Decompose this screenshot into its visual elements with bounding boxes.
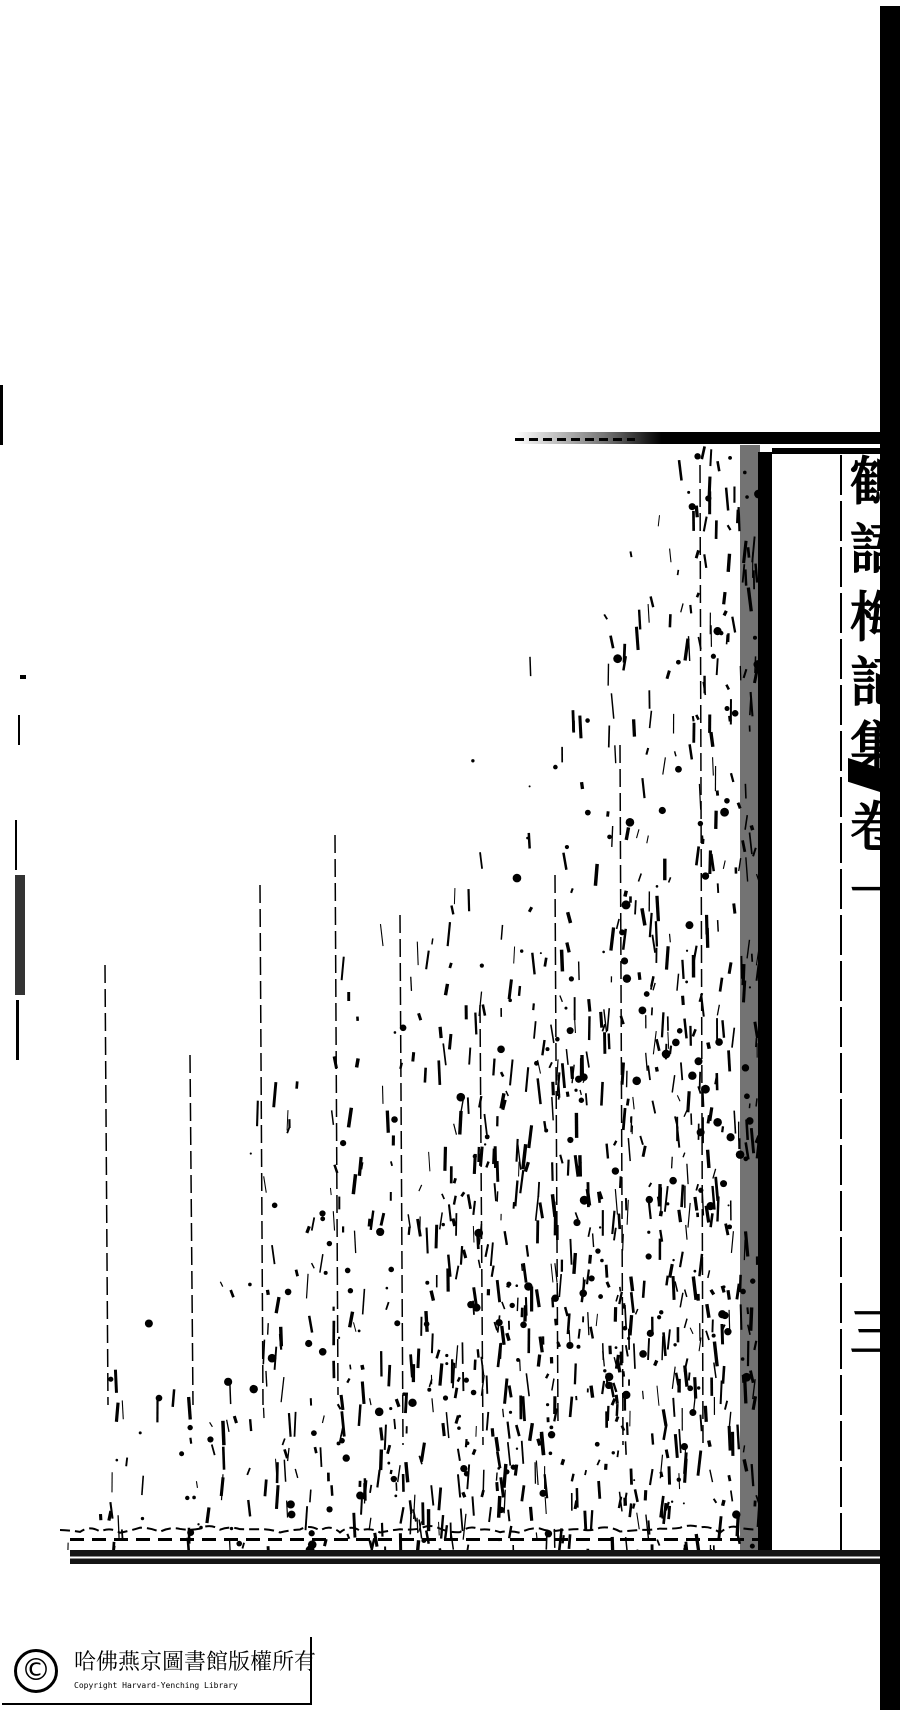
title-char: 一 xyxy=(850,865,880,919)
margin-title: 鶴 語 梅 記 集 卷 一 三 xyxy=(850,450,880,1550)
copyright-stamp: © 哈佛燕京圖書館版權所有 Copyright Harvard-Yenching… xyxy=(2,1637,312,1705)
copyright-english: Copyright Harvard-Yenching Library xyxy=(74,1681,238,1690)
frame-bottom-rule xyxy=(70,1538,770,1541)
page-number: 三 xyxy=(850,1305,880,1359)
copyright-chinese: 哈佛燕京圖書館版權所有 xyxy=(74,1645,316,1676)
frame-top-border-fragment xyxy=(515,438,635,441)
title-char: 記 xyxy=(850,655,880,709)
woodblock-illustration xyxy=(60,445,760,1550)
frame-bottom-border xyxy=(70,1550,880,1564)
title-char: 梅 xyxy=(850,590,880,644)
scanner-edge xyxy=(880,6,900,1710)
title-char: 卷 xyxy=(850,800,880,854)
text-column-rule xyxy=(840,455,842,1550)
title-char: 語 xyxy=(850,522,880,576)
copyright-icon: © xyxy=(14,1649,58,1693)
scanned-page: 鶴 語 梅 記 集 卷 一 三 © 哈佛燕京圖書館版權所有 Copyright … xyxy=(0,0,900,1710)
left-margin-specks xyxy=(0,380,40,1080)
illustration-right-border xyxy=(758,452,772,1550)
title-char: 鶴 xyxy=(850,455,880,509)
